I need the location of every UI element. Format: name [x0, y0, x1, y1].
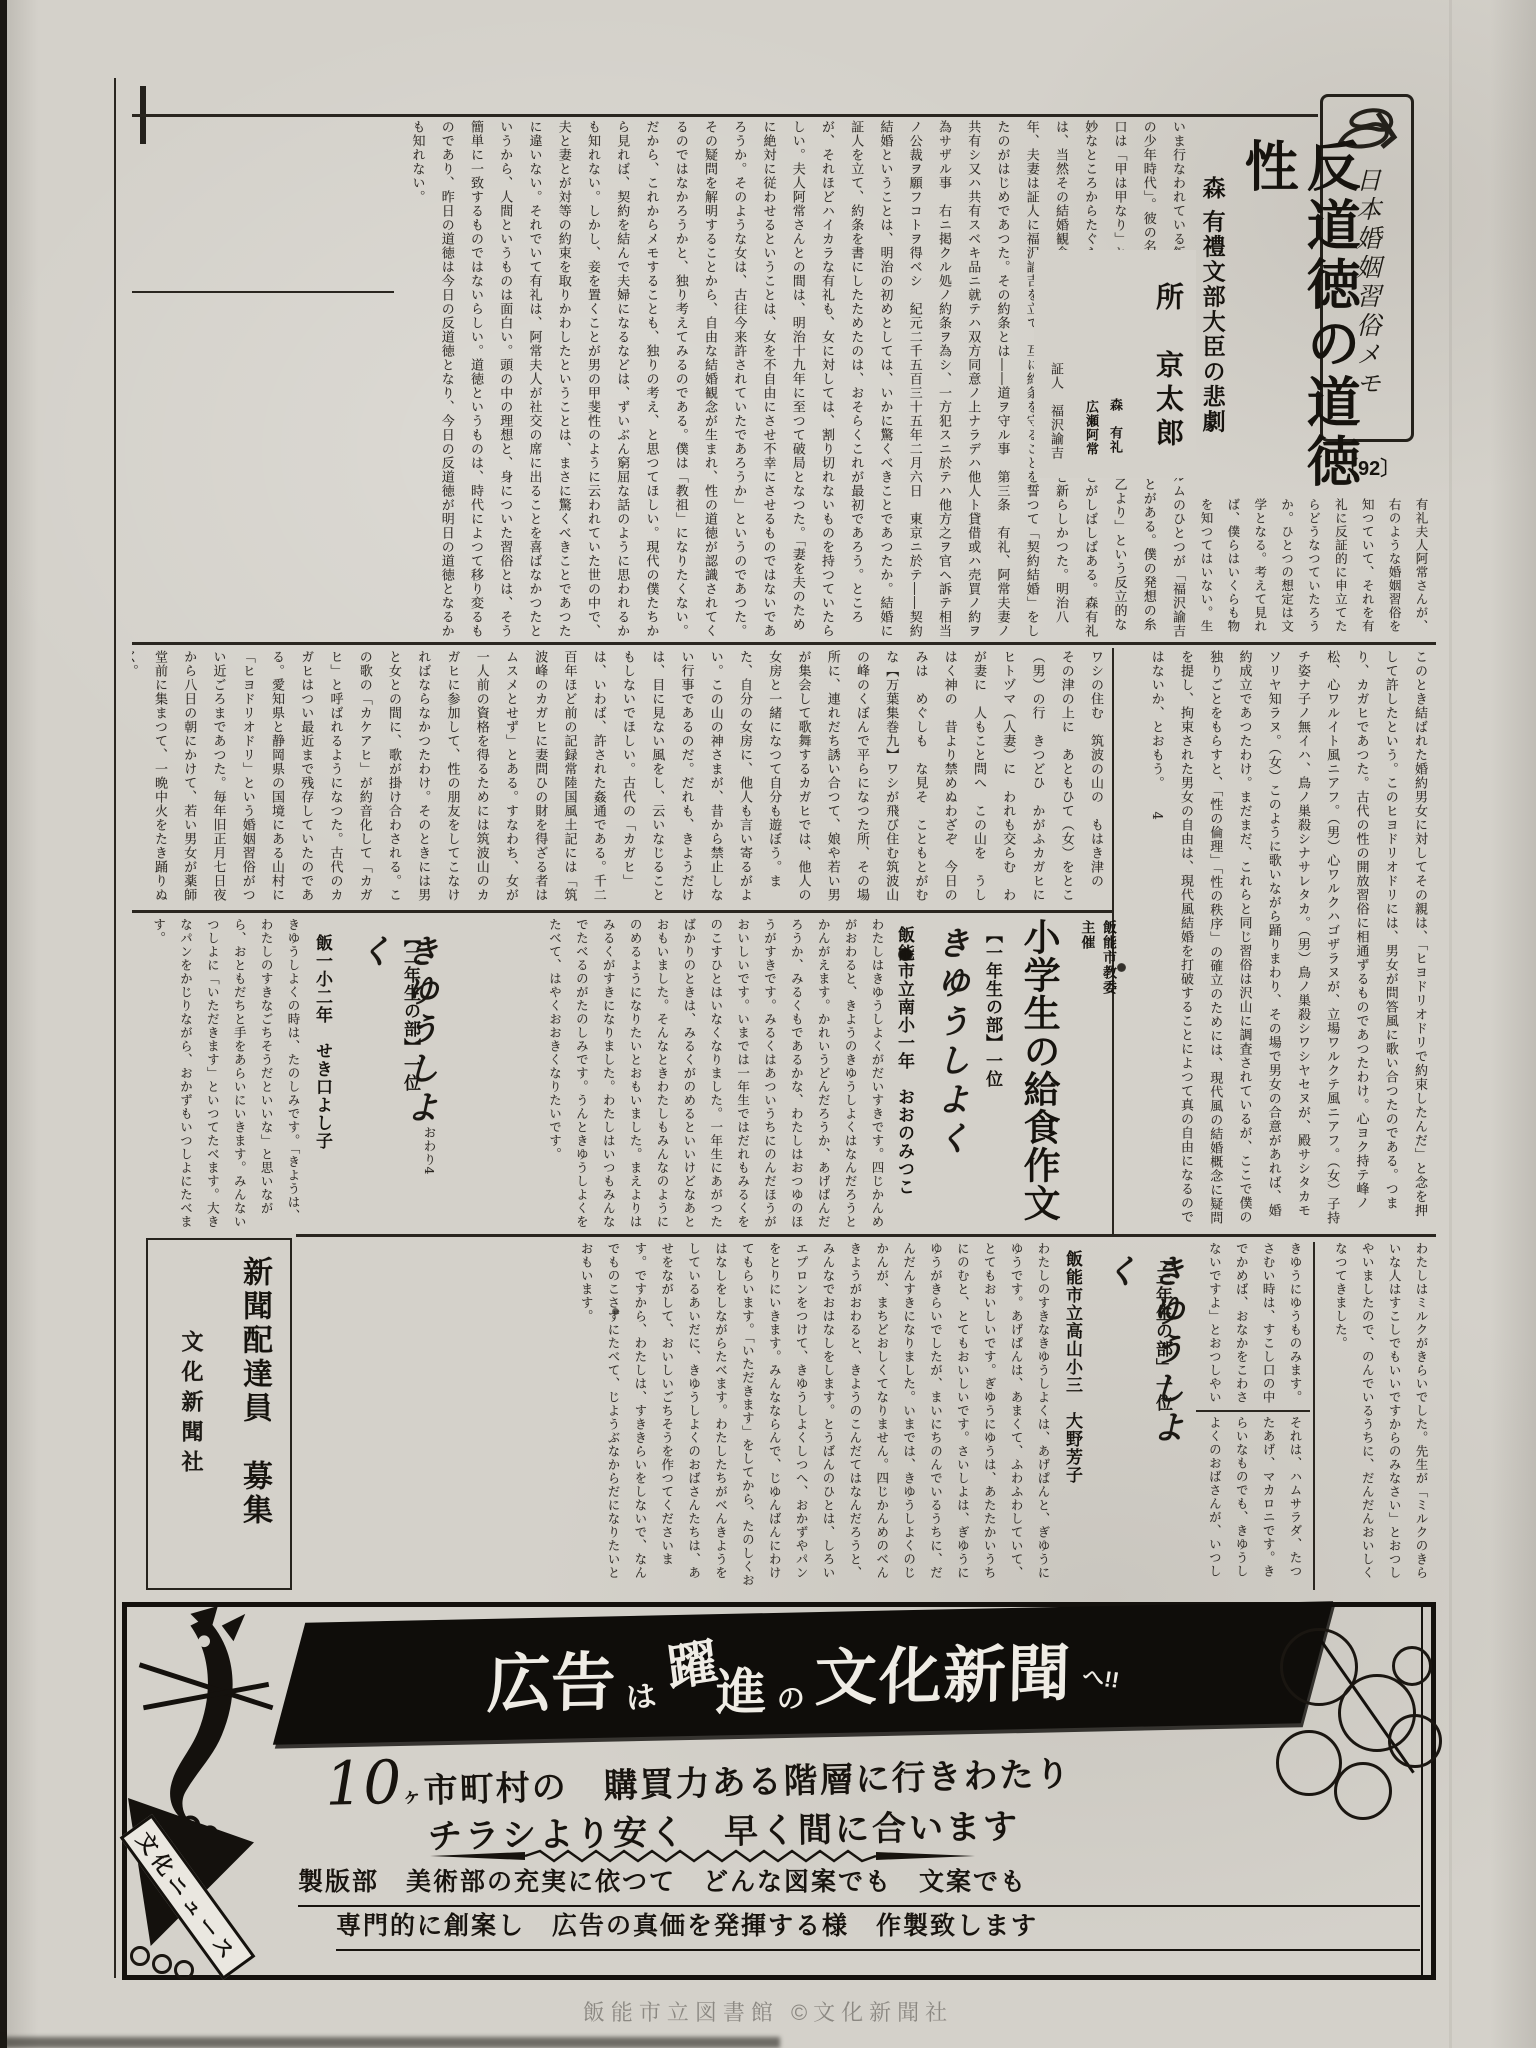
- essay2-author: 飯一小二年 せき口よし子: [310, 934, 335, 1174]
- ad-quality-line: 専門的に創案し 広告の真価を発揮する様 作製致します: [336, 1906, 1420, 1951]
- essay1-title: きゆうしよく: [928, 926, 975, 1166]
- recruit-ad-company: 文化新聞社: [176, 1330, 207, 1560]
- banner-word: は: [623, 1671, 657, 1718]
- divider: [132, 642, 1436, 645]
- circle-doodle: [174, 1960, 194, 1980]
- cast-groom: 森 有礼: [1106, 398, 1125, 468]
- essay1-rank: 【一年生の部】一位: [980, 926, 1005, 1134]
- circle-doodle: [130, 1946, 150, 1966]
- library-credit-footer: 飯能市立図書館 ©文化新聞社: [0, 1996, 1536, 2027]
- divider: [1196, 1410, 1310, 1412]
- divider: [296, 1234, 1436, 1237]
- article-body-end: このとき結ばれた婚約男女に対してその親は、「ヒヨドリオドリで約束したんだ」と念を…: [1120, 650, 1434, 1228]
- scanned-newspaper-page: 日本婚姻習俗メモ 〔92〕 反道徳の道徳性 森 有禮文部大臣の悲劇 有礼夫人阿常…: [0, 0, 1536, 2048]
- essay1-author: 飯能市立南小一年 おおのみつこ: [892, 926, 917, 1232]
- banner-word: 広告: [486, 1631, 616, 1725]
- circle-doodle: [152, 1954, 172, 1974]
- essay2-body-cont: きゆうにゆうものみます。さむい時は、すこし口の中でかめば、おなかをこわさないです…: [1196, 1242, 1308, 1406]
- banner-word: 躍: [662, 1622, 721, 1701]
- essay2-body-end: それは、ハムサラダ、たつたあげ、マカロニです。きらいなものでも、きゆうしよくのお…: [1196, 1416, 1308, 1588]
- ad-reach-counter: ヶ: [401, 1783, 424, 1808]
- essay3-title: きゆうしよく: [1096, 1254, 1190, 1474]
- divider: [132, 910, 1112, 913]
- divider: [132, 114, 1318, 117]
- interlocking-rings-icon: [1392, 1646, 1432, 1686]
- essay3-author: 飯能市立高山小三 大野芳子: [1060, 1250, 1085, 1560]
- interlocking-rings-icon: [1334, 1762, 1392, 1820]
- banner-word: 進: [715, 1652, 766, 1725]
- essay3-body: わたしのすきなきゆうしよくは、あげぱんと、ぎゆうにゆうです。あげぱんは、あまくて…: [300, 1242, 1056, 1588]
- divider: [114, 78, 116, 1978]
- cast-witness: 証人 福沢諭吉: [1046, 362, 1065, 470]
- paper-crease: [1449, 0, 1452, 2048]
- article-subhead: 森 有禮文部大臣の悲劇: [1198, 176, 1226, 486]
- article-byline: 所 京太郎: [1148, 282, 1188, 452]
- interlocking-rings-icon: [1388, 1714, 1442, 1768]
- recruit-ad-title: 新聞配達員 募集: [232, 1256, 276, 1586]
- essay2-title: きゆうしよく: [350, 934, 444, 1164]
- essay2-body: きゆうしよくの時は、たのしみです。「きようは、わたしのすきなごちそうだといいな」…: [134, 918, 306, 1230]
- divider: [1313, 1242, 1315, 1590]
- scan-edge-bottom: [0, 2037, 780, 2048]
- banner-word: 文化新聞: [814, 1623, 1073, 1717]
- interlocking-rings-icon: [1276, 1730, 1342, 1796]
- ad-banner: 広告 は 躍 進 の 文化新聞 へ!!: [273, 1601, 1333, 1744]
- essay2-body-cont: わたしはミルクがきらいでした。先生が「ミルクのきらいな人はすこしでもいいですから…: [1318, 1242, 1434, 1588]
- article-body-mid: ワシの住む 筑波の山の もはき津の その津の上に あともひて（女）をとこ（男）の…: [132, 650, 1110, 906]
- article-lead: 有礼夫人阿常さんが、右のような婚姻習俗を知つていて、それを有礼に反証的に申立てた…: [1200, 498, 1434, 638]
- article-headline: 反道徳の道徳性: [1236, 138, 1360, 538]
- scan-edge-left: [0, 0, 7, 2048]
- banner-word: へ!!: [1080, 1659, 1121, 1694]
- article-body-top: いま行なわれている飯能公民館巡回映画。その上映フイルムのひとつが「福沢諭吉の少年…: [132, 120, 1192, 638]
- essay1-body: わたしはきゆうしよくがだいすきです。四じかんめがおわると、きようのきゆうしよくは…: [448, 918, 890, 1230]
- essay-section-headline: 小学生の給食作文: [1014, 918, 1062, 1232]
- ad-banner-text: 広告 は 躍 進 の 文化新聞 へ!!: [288, 1602, 1318, 1745]
- ad-department-line: 製版部 美術部の充実に依つて どんな図案でも 文案でも: [298, 1862, 1420, 1907]
- banner-word: の: [774, 1675, 807, 1719]
- ad-reach-number: 10: [324, 1748, 402, 1820]
- diving-fish-icon: [130, 1606, 290, 1841]
- essay-section-kicker: 飯能市教委主催: [1076, 920, 1120, 998]
- cast-bride: 広瀬阿常: [1082, 400, 1101, 470]
